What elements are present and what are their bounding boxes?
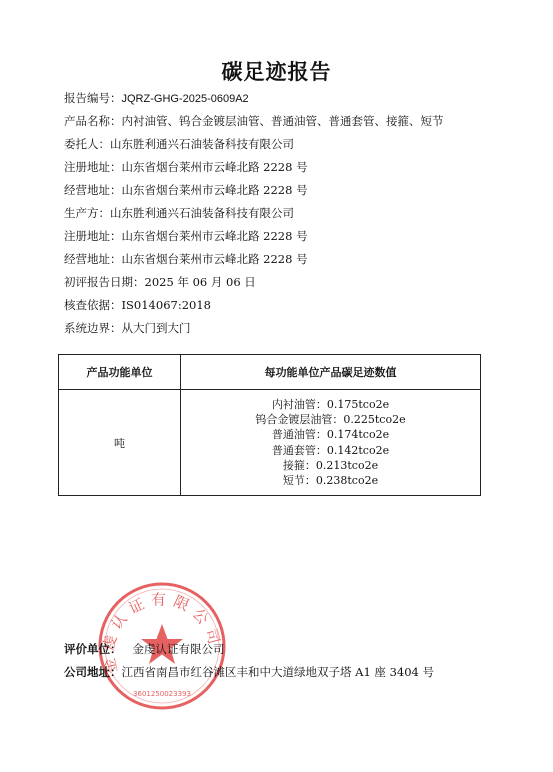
header-functional-unit: 产品功能单位 bbox=[59, 355, 181, 390]
field-producer: 生产方：山东胜利通兴石油装备科技有限公司 bbox=[64, 206, 294, 220]
field-label: 注册地址： bbox=[64, 160, 122, 174]
field-initial-report-date: 初评报告日期：2025 年 06 月 06 日 bbox=[64, 275, 256, 289]
field-value: IS014067:2018 bbox=[122, 298, 211, 312]
field-label: 产品名称： bbox=[64, 114, 122, 128]
value-line: 接箍：0.213tco2e bbox=[181, 458, 480, 473]
field-client-business-address: 经营地址：山东省烟台莱州市云峰北路 2228 号 bbox=[64, 183, 308, 197]
field-label: 报告编号： bbox=[64, 91, 122, 105]
stamp-number: 3601250023393 bbox=[133, 690, 191, 698]
value-line: 钨合金镀层油管：0.225tco2e bbox=[181, 412, 480, 427]
field-label: 委托人： bbox=[64, 137, 110, 151]
field-label: 核查依据： bbox=[64, 298, 122, 312]
field-value: 从大门到大门 bbox=[122, 321, 191, 335]
field-value: 山东省烟台莱州市云峰北路 2228 号 bbox=[122, 183, 308, 197]
value-line: 普通套管：0.142tco2e bbox=[181, 443, 480, 458]
field-client: 委托人：山东胜利通兴石油装备科技有限公司 bbox=[64, 137, 294, 151]
field-producer-business-address: 经营地址：山东省烟台莱州市云峰北路 2228 号 bbox=[64, 252, 308, 266]
address-label: 公司地址： bbox=[64, 665, 122, 679]
field-system-boundary: 系统边界：从大门到大门 bbox=[64, 321, 191, 335]
field-label: 系统边界： bbox=[64, 321, 122, 335]
field-verification-basis: 核查依据：IS014067:2018 bbox=[64, 298, 211, 312]
field-label: 经营地址： bbox=[64, 252, 122, 266]
carbon-footprint-table: 产品功能单位 每功能单位产品碳足迹数值 吨 内衬油管：0.175tco2e 钨合… bbox=[58, 354, 481, 496]
value-line: 短节：0.238tco2e bbox=[181, 473, 480, 488]
field-value: 山东省烟台莱州市云峰北路 2228 号 bbox=[122, 229, 308, 243]
value-line: 内衬油管：0.175tco2e bbox=[181, 397, 480, 412]
field-value: 山东省烟台莱州市云峰北路 2228 号 bbox=[122, 160, 308, 174]
address-line: 公司地址：江西省南昌市红谷滩区丰和中大道绿地双子塔 A1 座 3404 号 bbox=[64, 664, 434, 680]
field-product-name: 产品名称：内衬油管、钨合金镀层油管、普通油管、普通套管、接箍、短节 bbox=[64, 114, 444, 128]
value-line: 普通油管：0.174tco2e bbox=[181, 427, 480, 442]
field-label: 初评报告日期： bbox=[64, 275, 145, 289]
report-title: 碳足迹报告 bbox=[0, 56, 553, 86]
header-footprint-value: 每功能单位产品碳足迹数值 bbox=[181, 355, 481, 390]
evaluator-value: 金虔认证有限公司 bbox=[132, 642, 224, 656]
field-label: 注册地址： bbox=[64, 229, 122, 243]
cell-unit: 吨 bbox=[59, 390, 181, 496]
evaluator-label: 评价单位： bbox=[64, 642, 122, 656]
field-value: 山东省烟台莱州市云峰北路 2228 号 bbox=[122, 252, 308, 266]
table-header-row: 产品功能单位 每功能单位产品碳足迹数值 bbox=[59, 355, 481, 390]
table-row: 吨 内衬油管：0.175tco2e 钨合金镀层油管：0.225tco2e 普通油… bbox=[59, 390, 481, 496]
field-client-registered-address: 注册地址：山东省烟台莱州市云峰北路 2228 号 bbox=[64, 160, 308, 174]
field-producer-registered-address: 注册地址：山东省烟台莱州市云峰北路 2228 号 bbox=[64, 229, 308, 243]
cell-values: 内衬油管：0.175tco2e 钨合金镀层油管：0.225tco2e 普通油管：… bbox=[181, 390, 481, 496]
field-value: 内衬油管、钨合金镀层油管、普通油管、普通套管、接箍、短节 bbox=[122, 114, 444, 128]
field-label: 生产方： bbox=[64, 206, 110, 220]
evaluator-line: 评价单位： 金虔认证有限公司 bbox=[64, 641, 224, 657]
field-value: 山东胜利通兴石油装备科技有限公司 bbox=[110, 206, 294, 220]
address-value: 江西省南昌市红谷滩区丰和中大道绿地双子塔 A1 座 3404 号 bbox=[122, 665, 435, 679]
field-report-number: 报告编号：JQRZ-GHG-2025-0609A2 bbox=[64, 91, 249, 106]
field-value: JQRZ-GHG-2025-0609A2 bbox=[122, 93, 249, 105]
field-value: 山东胜利通兴石油装备科技有限公司 bbox=[110, 137, 294, 151]
field-label: 经营地址： bbox=[64, 183, 122, 197]
field-value: 2025 年 06 月 06 日 bbox=[145, 275, 256, 289]
